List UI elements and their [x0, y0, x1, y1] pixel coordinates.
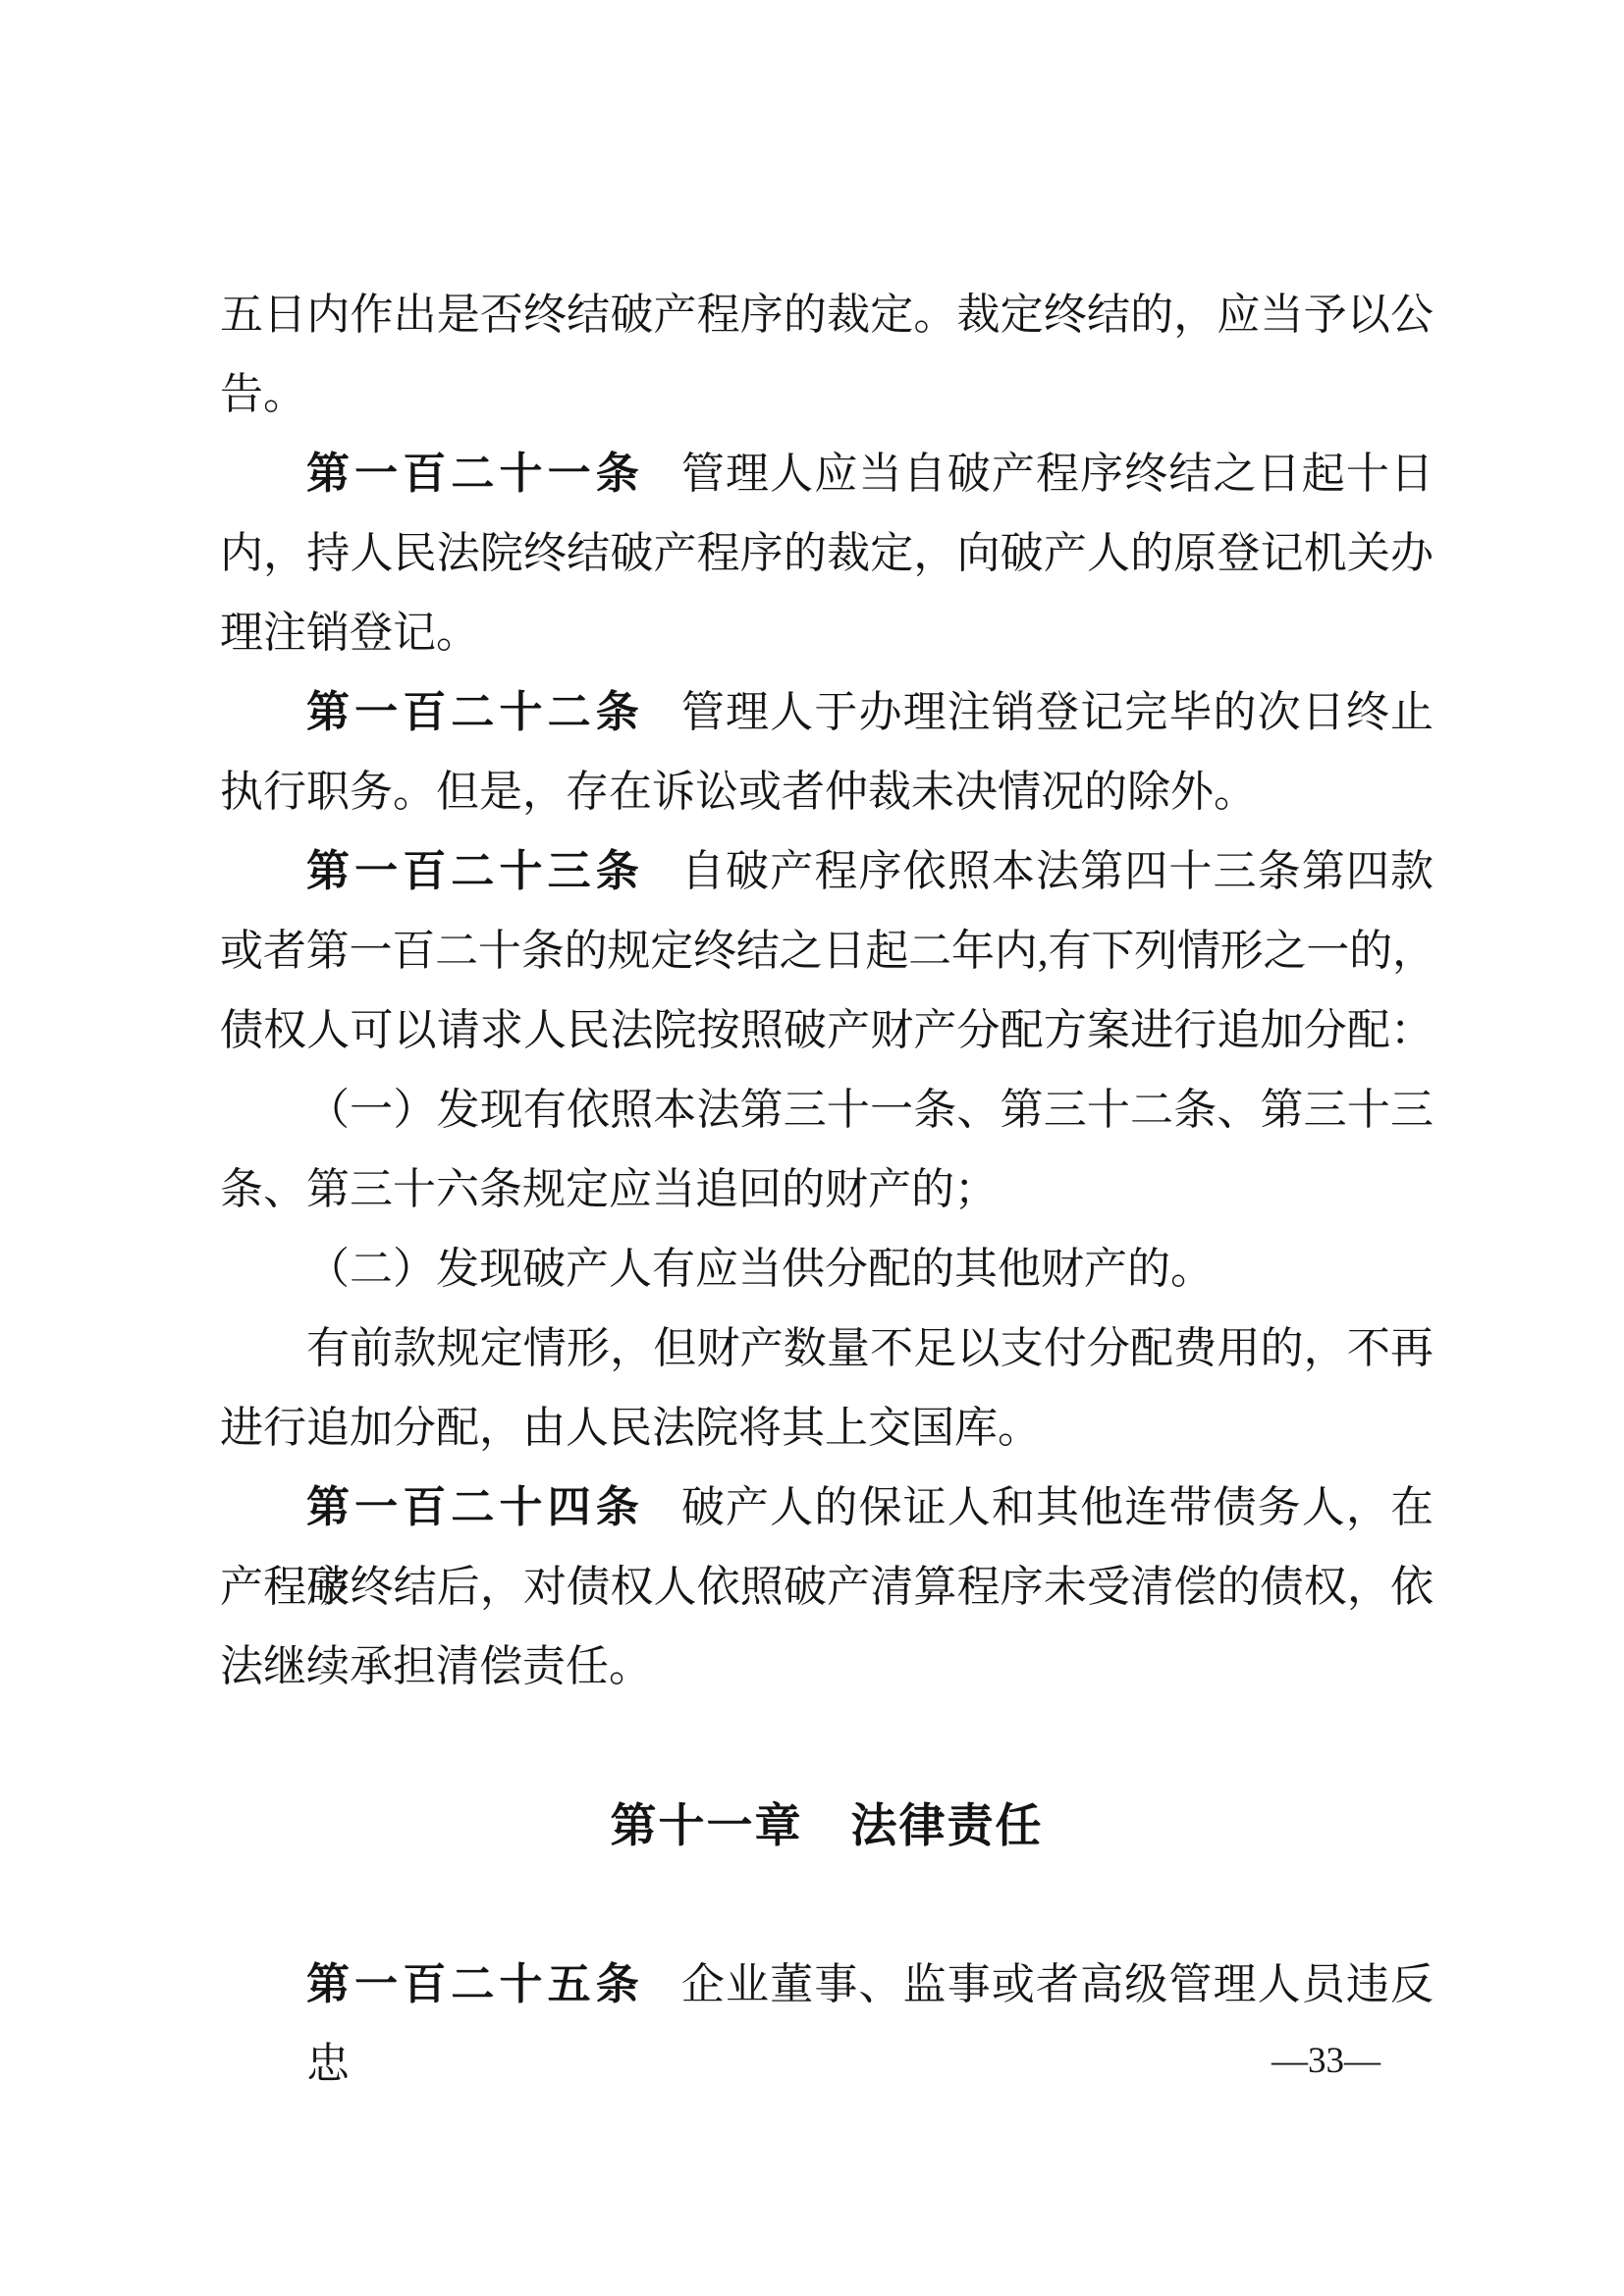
text-line: 第一百二十四条破产人的保证人和其他连带债务人，在破	[220, 1468, 1434, 1547]
text-line: 或者第一百二十条的规定终结之日起二年内,有下列情形之一的，	[220, 911, 1434, 990]
text-line: 第一百二十二条管理人于办理注销登记完毕的次日终止	[220, 672, 1434, 752]
text-line: 进行追加分配，由人民法院将其上交国库。	[220, 1388, 1434, 1468]
text-line: 理注销登记。	[220, 593, 1434, 672]
text-line: 债权人可以请求人民法院按照破产财产分配方案进行追加分配：	[220, 990, 1434, 1070]
text-line: 第一百二十三条自破产程序依照本法第四十三条第四款	[220, 831, 1434, 911]
article-number: 第一百二十二条	[306, 688, 644, 736]
text-line: 告。	[220, 354, 1434, 434]
text-line: 法继续承担清偿责任。	[220, 1627, 1434, 1706]
article-number: 第一百二十一条	[306, 450, 644, 498]
text-line: 条、第三十六条规定应当追回的财产的；	[220, 1149, 1434, 1229]
text-line: （一）发现有依照本法第三十一条、第三十二条、第三十三	[220, 1070, 1434, 1149]
article-number: 第一百二十三条	[306, 847, 644, 895]
page-number: —33—	[1272, 2040, 1380, 2083]
text-line: 第一百二十五条企业董事、监事或者高级管理人员违反忠	[220, 1945, 1434, 2024]
text-line: 五日内作出是否终结破产程序的裁定。裁定终结的，应当予以公	[220, 275, 1434, 354]
text-line: 第一百二十一条管理人应当自破产程序终结之日起十日	[220, 434, 1434, 513]
text-line: （二）发现破产人有应当供分配的其他财产的。	[220, 1229, 1434, 1308]
chapter-heading: 第十一章 法律责任	[220, 1786, 1434, 1865]
article-number: 第一百二十四条	[306, 1483, 644, 1531]
text-line: 内，持人民法院终结破产程序的裁定，向破产人的原登记机关办	[220, 513, 1434, 593]
article-number: 第一百二十五条	[306, 1960, 644, 2008]
text-line: 有前款规定情形，但财产数量不足以支付分配费用的，不再	[220, 1308, 1434, 1388]
document-page: 五日内作出是否终结破产程序的裁定。裁定终结的，应当予以公告。第一百二十一条管理人…	[0, 0, 1624, 2296]
text-line: 产程序终结后，对债权人依照破产清算程序未受清偿的债权，依	[220, 1547, 1434, 1627]
text-line: 执行职务。但是，存在诉讼或者仲裁未决情况的除外。	[220, 752, 1434, 831]
